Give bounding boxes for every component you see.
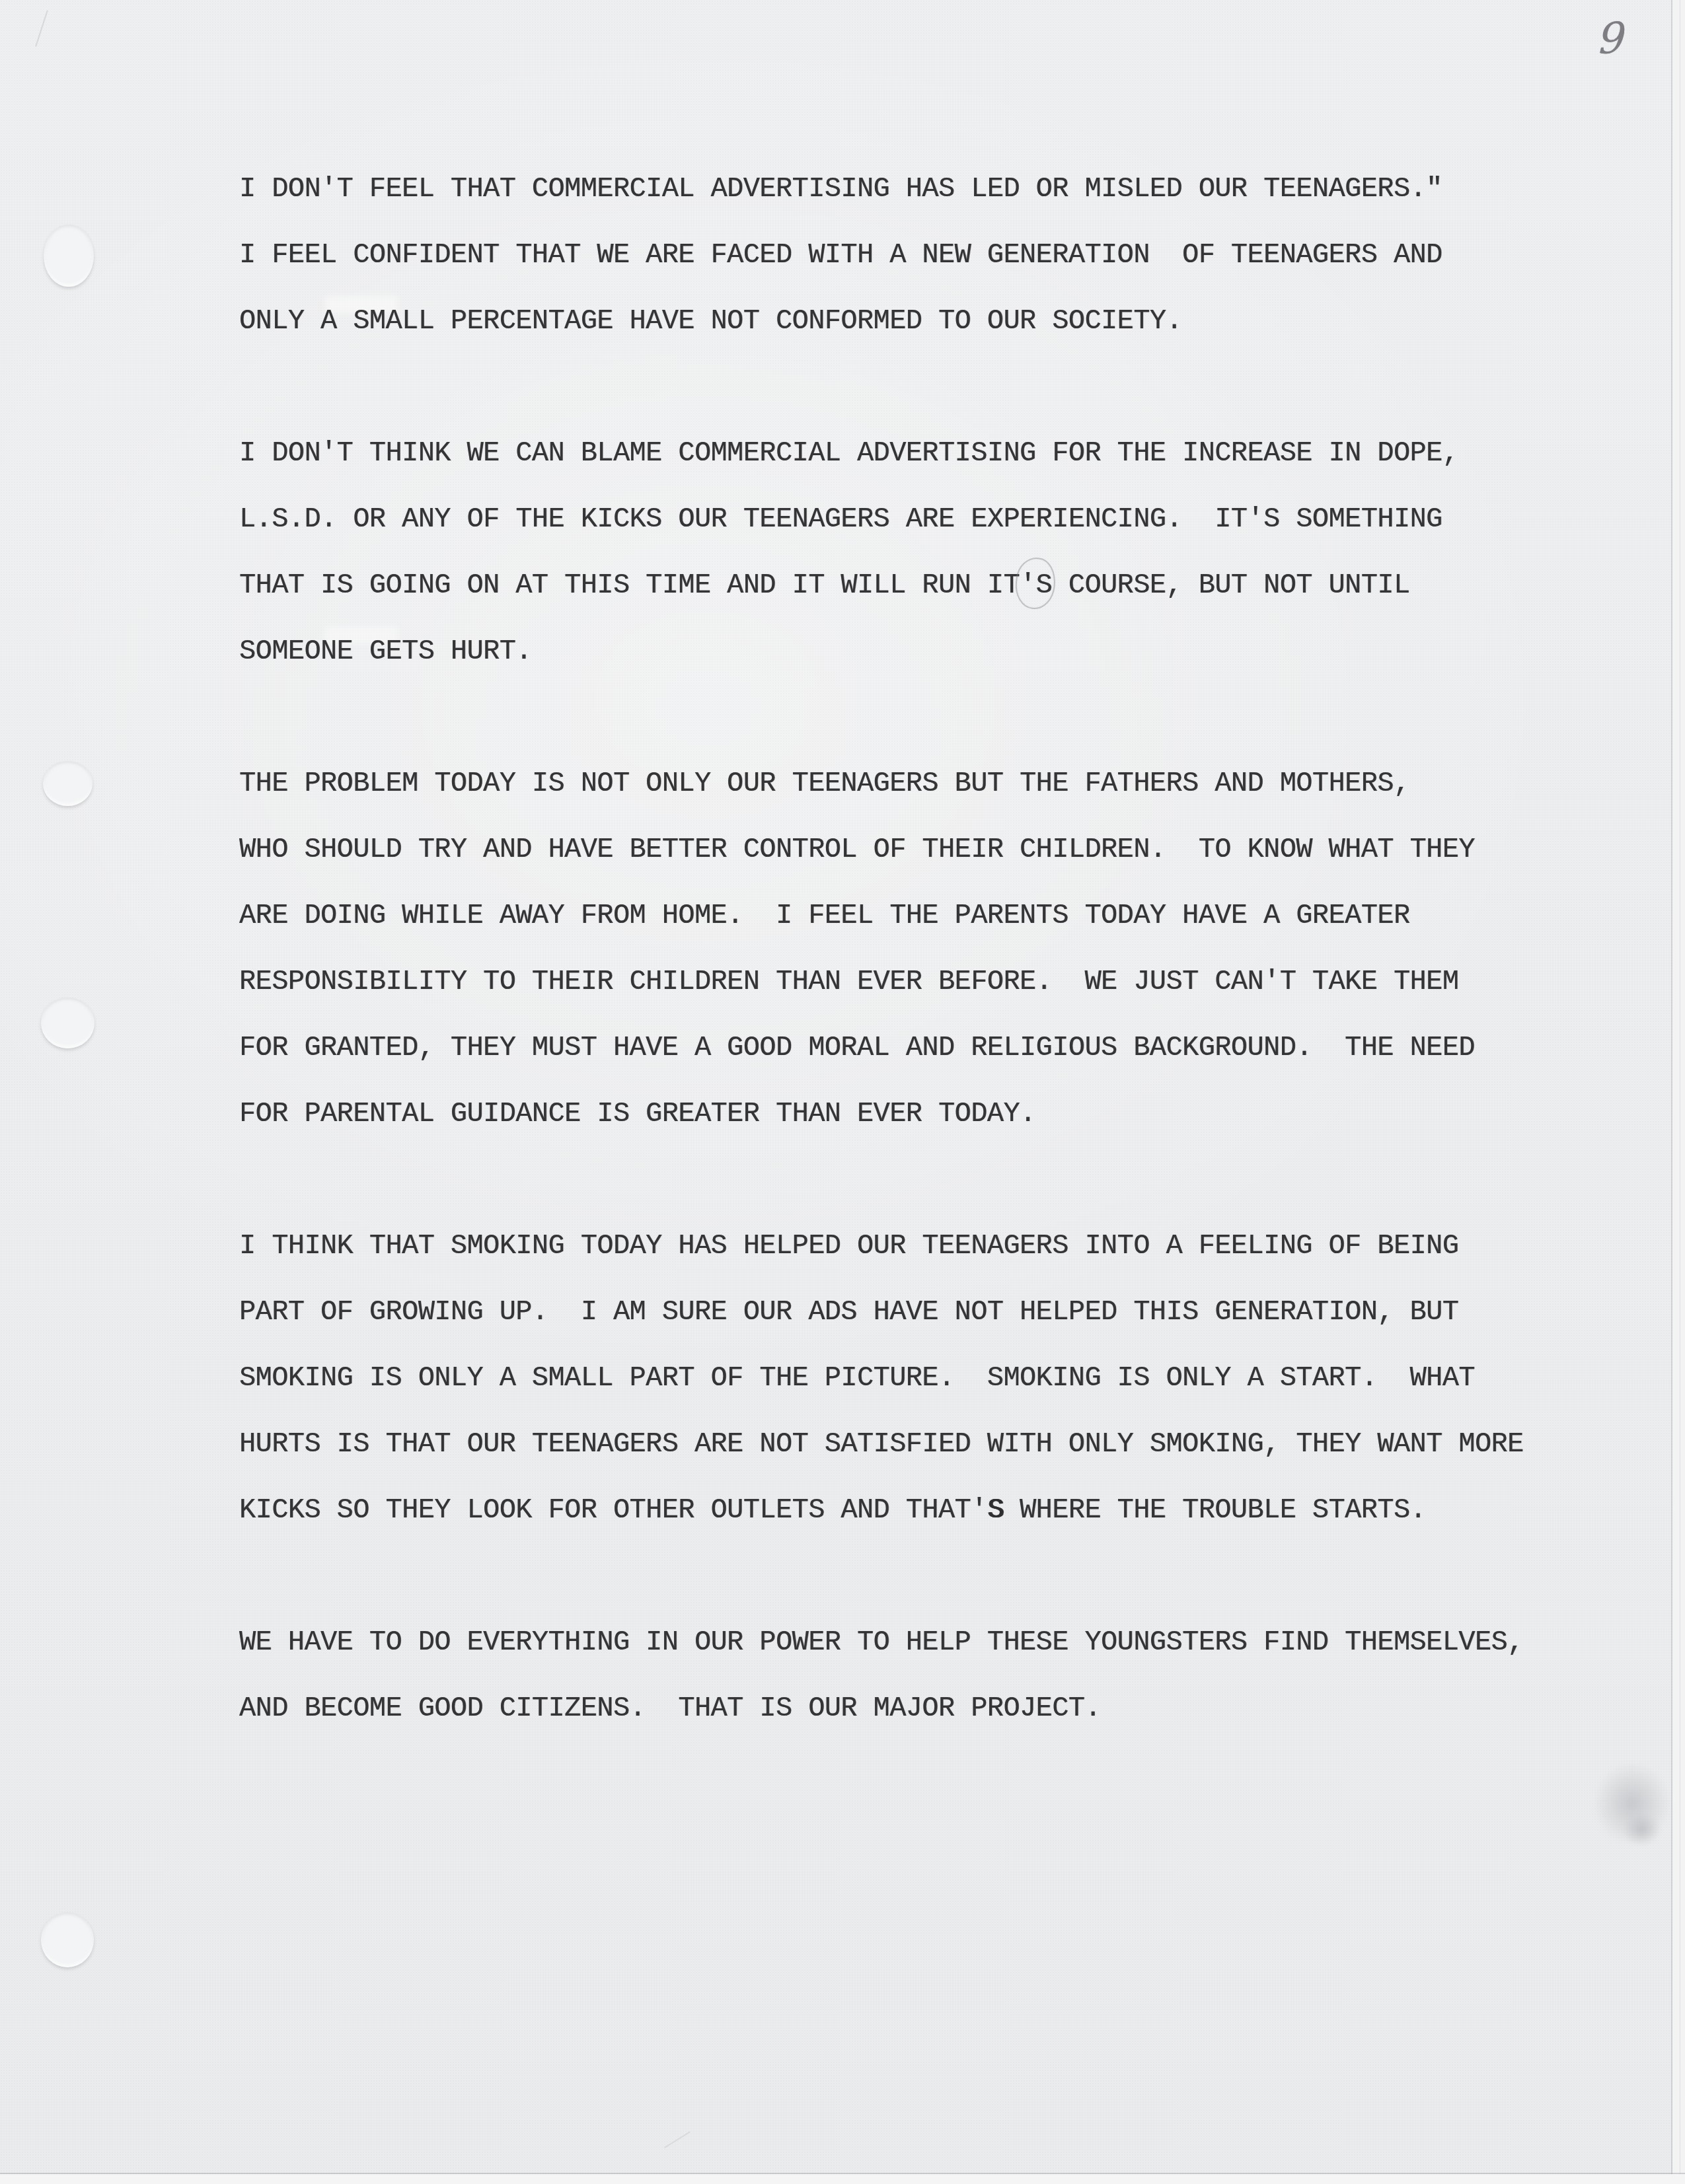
text-line: WE HAVE TO DO EVERYTHING IN OUR POWER TO… [239,1609,1561,1675]
text-line: KICKS SO THEY LOOK FOR OTHER OUTLETS AND… [239,1477,1561,1543]
text-line: ONLY A SMALL PERCENTAGE HAVE NOT CONFORM… [239,288,1561,354]
smudge-mark [1616,1807,1668,1853]
text-line: FOR PARENTAL GUIDANCE IS GREATER THAN EV… [239,1081,1561,1147]
text-line: PART OF GROWING UP. I AM SURE OUR ADS HA… [239,1279,1561,1345]
scan-edge [1672,0,1685,2184]
paragraph: I THINK THAT SMOKING TODAY HAS HELPED OU… [239,1213,1561,1543]
text-line: ARE DOING WHILE AWAY FROM HOME. I FEEL T… [239,883,1561,949]
punch-hole [41,1912,94,1967]
text-line: L.S.D. OR ANY OF THE KICKS OUR TEENAGERS… [239,486,1561,552]
text-line: I FEEL CONFIDENT THAT WE ARE FACED WITH … [239,222,1561,288]
paragraph: WE HAVE TO DO EVERYTHING IN OUR POWER TO… [239,1609,1561,1741]
scratch-mark [35,10,48,47]
text-line: I THINK THAT SMOKING TODAY HAS HELPED OU… [239,1213,1561,1279]
punch-hole [43,761,93,806]
text-line: WHO SHOULD TRY AND HAVE BETTER CONTROL O… [239,817,1561,883]
text-line: SOMEONE GETS HURT. [239,618,1561,684]
scan-edge [0,2174,1685,2184]
typewritten-text: I DON'T FEEL THAT COMMERCIAL ADVERTISING… [239,156,1561,1807]
scan-edge-line [1671,0,1672,2184]
punch-hole [41,998,94,1048]
scan-edge-line [1680,0,1680,2184]
text-line: THAT IS GOING ON AT THIS TIME AND IT WIL… [239,552,1561,618]
paragraph: THE PROBLEM TODAY IS NOT ONLY OUR TEENAG… [239,750,1561,1147]
text-line: I DON'T THINK WE CAN BLAME COMMERCIAL AD… [239,420,1561,486]
text-line: FOR GRANTED, THEY MUST HAVE A GOOD MORAL… [239,1015,1561,1081]
text-line: HURTS IS THAT OUR TEENAGERS ARE NOT SATI… [239,1411,1561,1477]
punch-hole [44,225,94,287]
overstruck-character: S [988,1477,1004,1543]
scanned-document-page: 9 I DON'T FEEL THAT COMMERCIAL ADVERTISI… [0,0,1685,2184]
scratch-mark [664,2131,691,2148]
paragraph: I DON'T THINK WE CAN BLAME COMMERCIAL AD… [239,420,1561,684]
text-line: RESPONSIBILITY TO THEIR CHILDREN THAN EV… [239,949,1561,1015]
text-line: AND BECOME GOOD CITIZENS. THAT IS OUR MA… [239,1675,1561,1741]
paragraph: I DON'T FEEL THAT COMMERCIAL ADVERTISING… [239,156,1561,354]
text-line: I DON'T FEEL THAT COMMERCIAL ADVERTISING… [239,156,1561,222]
text-line: SMOKING IS ONLY A SMALL PART OF THE PICT… [239,1345,1561,1411]
handwritten-page-number: 9 [1598,11,1647,66]
text-line: THE PROBLEM TODAY IS NOT ONLY OUR TEENAG… [239,750,1561,817]
